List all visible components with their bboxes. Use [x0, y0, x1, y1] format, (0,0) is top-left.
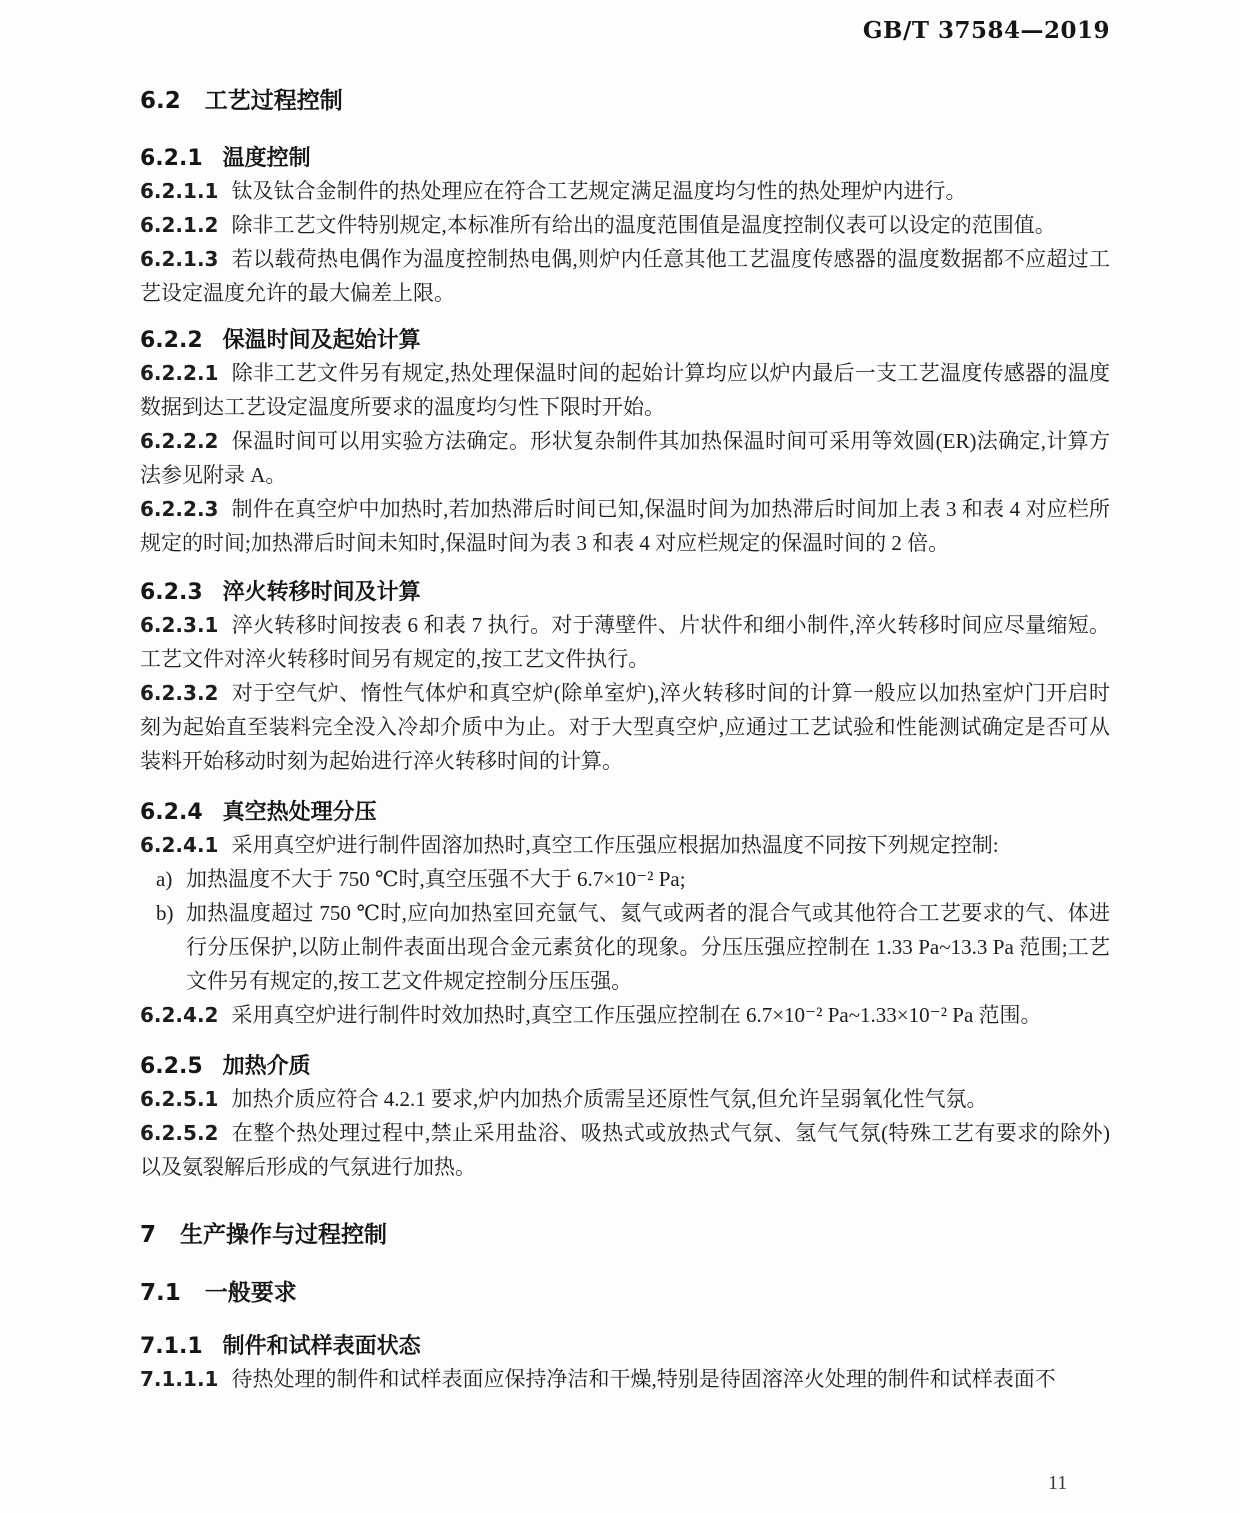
clause-number: 6.2.1.3: [140, 247, 218, 271]
clause-text: 淬火转移时间按表 6 和表 7 执行。对于薄壁件、片状件和细小制件,淬火转移时间…: [140, 613, 1110, 671]
clause-text: 除非工艺文件另有规定,热处理保温时间的起始计算均应以炉内最后一支工艺温度传感器的…: [140, 361, 1110, 419]
clause-text: 采用真空炉进行制件时效加热时,真空工作压强应控制在 6.7×10⁻² Pa~1.…: [231, 1003, 1041, 1027]
section-number: 7.1.1: [140, 1334, 203, 1359]
section-title: 真空热处理分压: [223, 800, 377, 825]
clause-6-2-2-2: 6.2.2.2保温时间可以用实验方法确定。形状复杂制件其加热保温时间可采用等效圆…: [140, 424, 1110, 492]
clause-6-2-1-2: 6.2.1.2除非工艺文件特别规定,本标准所有给出的温度范围值是温度控制仪表可以…: [140, 208, 1110, 242]
section-number: 6.2.3: [140, 580, 203, 605]
clause-6-2-5-1: 6.2.5.1加热介质应符合 4.2.1 要求,炉内加热介质需呈还原性气氛,但允…: [140, 1082, 1110, 1116]
clause-6-2-2-3: 6.2.2.3制件在真空炉中加热时,若加热滞后时间已知,保温时间为加热滞后时间加…: [140, 492, 1110, 560]
standard-number: GB/T 37584—2019: [140, 16, 1110, 46]
clause-6-2-1-1: 6.2.1.1钛及钛合金制件的热处理应在符合工艺规定满足温度均匀性的热处理炉内进…: [140, 174, 1110, 208]
clause-7-1-1-1: 7.1.1.1待热处理的制件和试样表面应保持净洁和干燥,特别是待固溶淬火处理的制…: [140, 1362, 1110, 1396]
section-heading-6-2-3: 6.2.3淬火转移时间及计算: [140, 578, 1110, 608]
section-number: 6.2.2: [140, 328, 203, 353]
clause-6-2-5-2: 6.2.5.2在整个热处理过程中,禁止采用盐浴、吸热式或放热式气氛、氢气气氛(特…: [140, 1116, 1110, 1184]
section-title: 淬火转移时间及计算: [223, 580, 421, 605]
list-item-a: a) 加热温度不大于 750 ℃时,真空压强不大于 6.7×10⁻² Pa;: [140, 862, 1110, 896]
clause-text: 若以载荷热电偶作为温度控制热电偶,则炉内任意其他工艺温度传感器的温度数据都不应超…: [140, 247, 1110, 305]
clause-number: 6.2.2.3: [140, 497, 218, 521]
section-title: 工艺过程控制: [205, 88, 343, 114]
section-title: 制件和试样表面状态: [223, 1334, 421, 1359]
clause-text: 待热处理的制件和试样表面应保持净洁和干燥,特别是待固溶淬火处理的制件和试样表面不: [231, 1367, 1055, 1391]
section-heading-6-2-4: 6.2.4真空热处理分压: [140, 798, 1110, 828]
section-heading-6-2-5: 6.2.5加热介质: [140, 1052, 1110, 1082]
section-heading-7-1: 7.1一般要求: [140, 1278, 1110, 1308]
section-number: 6.2.5: [140, 1054, 203, 1079]
clause-text: 制件在真空炉中加热时,若加热滞后时间已知,保温时间为加热滞后时间加上表 3 和表…: [140, 497, 1110, 555]
section-title: 生产操作与过程控制: [180, 1222, 387, 1248]
list-text: 加热温度不大于 750 ℃时,真空压强不大于 6.7×10⁻² Pa;: [186, 862, 1110, 896]
section-title: 一般要求: [205, 1280, 297, 1306]
section-number: 6.2.4: [140, 800, 203, 825]
clause-number: 6.2.5.1: [140, 1087, 218, 1111]
section-number: 7: [140, 1222, 156, 1248]
page-number: 11: [1048, 1472, 1067, 1495]
document-page: GB/T 37584—2019 6.2工艺过程控制 6.2.1温度控制 6.2.…: [0, 0, 1240, 1513]
section-heading-7-1-1: 7.1.1制件和试样表面状态: [140, 1332, 1110, 1362]
clause-number: 6.2.2.2: [140, 429, 218, 453]
clause-number: 6.2.4.1: [140, 833, 218, 857]
clause-number: 6.2.1.1: [140, 179, 218, 203]
clause-6-2-4-1: 6.2.4.1采用真空炉进行制件固溶加热时,真空工作压强应根据加热温度不同按下列…: [140, 828, 1110, 862]
section-title: 加热介质: [223, 1054, 311, 1079]
clause-6-2-3-2: 6.2.3.2对于空气炉、惰性气体炉和真空炉(除单室炉),淬火转移时间的计算一般…: [140, 676, 1110, 778]
clause-number: 6.2.3.1: [140, 613, 218, 637]
clause-number: 6.2.5.2: [140, 1121, 218, 1145]
clause-text: 对于空气炉、惰性气体炉和真空炉(除单室炉),淬火转移时间的计算一般应以加热室炉门…: [140, 681, 1110, 773]
clause-number: 6.2.4.2: [140, 1003, 218, 1027]
clause-text: 钛及钛合金制件的热处理应在符合工艺规定满足温度均匀性的热处理炉内进行。: [231, 179, 966, 203]
section-number: 6.2.1: [140, 146, 203, 171]
section-heading-6-2-1: 6.2.1温度控制: [140, 144, 1110, 174]
list-text: 加热温度超过 750 ℃时,应向加热室回充氩气、氦气或两者的混合气或其他符合工艺…: [186, 896, 1110, 998]
clause-text: 加热介质应符合 4.2.1 要求,炉内加热介质需呈还原性气氛,但允许呈弱氧化性气…: [231, 1087, 987, 1111]
clause-number: 6.2.3.2: [140, 681, 218, 705]
clause-6-2-3-1: 6.2.3.1淬火转移时间按表 6 和表 7 执行。对于薄壁件、片状件和细小制件…: [140, 608, 1110, 676]
clause-number: 7.1.1.1: [140, 1367, 218, 1391]
clause-text: 除非工艺文件特别规定,本标准所有给出的温度范围值是温度控制仪表可以设定的范围值。: [231, 213, 1055, 237]
section-title: 保温时间及起始计算: [223, 328, 421, 353]
clause-6-2-1-3: 6.2.1.3若以载荷热电偶作为温度控制热电偶,则炉内任意其他工艺温度传感器的温…: [140, 242, 1110, 310]
section-title: 温度控制: [223, 146, 311, 171]
clause-number: 6.2.2.1: [140, 361, 218, 385]
list-item-b: b) 加热温度超过 750 ℃时,应向加热室回充氩气、氦气或两者的混合气或其他符…: [140, 896, 1110, 998]
clause-6-2-4-2: 6.2.4.2采用真空炉进行制件时效加热时,真空工作压强应控制在 6.7×10⁻…: [140, 998, 1110, 1032]
list-label: b): [156, 896, 186, 998]
section-heading-6-2-2: 6.2.2保温时间及起始计算: [140, 326, 1110, 356]
section-number: 7.1: [140, 1280, 181, 1306]
clause-number: 6.2.1.2: [140, 213, 218, 237]
section-heading-6-2: 6.2工艺过程控制: [140, 86, 1110, 116]
clause-text: 采用真空炉进行制件固溶加热时,真空工作压强应根据加热温度不同按下列规定控制:: [231, 833, 998, 857]
clause-text: 在整个热处理过程中,禁止采用盐浴、吸热式或放热式气氛、氢气气氛(特殊工艺有要求的…: [140, 1121, 1110, 1179]
section-heading-7: 7生产操作与过程控制: [140, 1220, 1110, 1250]
clause-6-2-2-1: 6.2.2.1除非工艺文件另有规定,热处理保温时间的起始计算均应以炉内最后一支工…: [140, 356, 1110, 424]
section-number: 6.2: [140, 88, 181, 114]
clause-text: 保温时间可以用实验方法确定。形状复杂制件其加热保温时间可采用等效圆(ER)法确定…: [140, 429, 1110, 487]
page-content: GB/T 37584—2019 6.2工艺过程控制 6.2.1温度控制 6.2.…: [0, 0, 1240, 1396]
list-label: a): [156, 862, 186, 896]
